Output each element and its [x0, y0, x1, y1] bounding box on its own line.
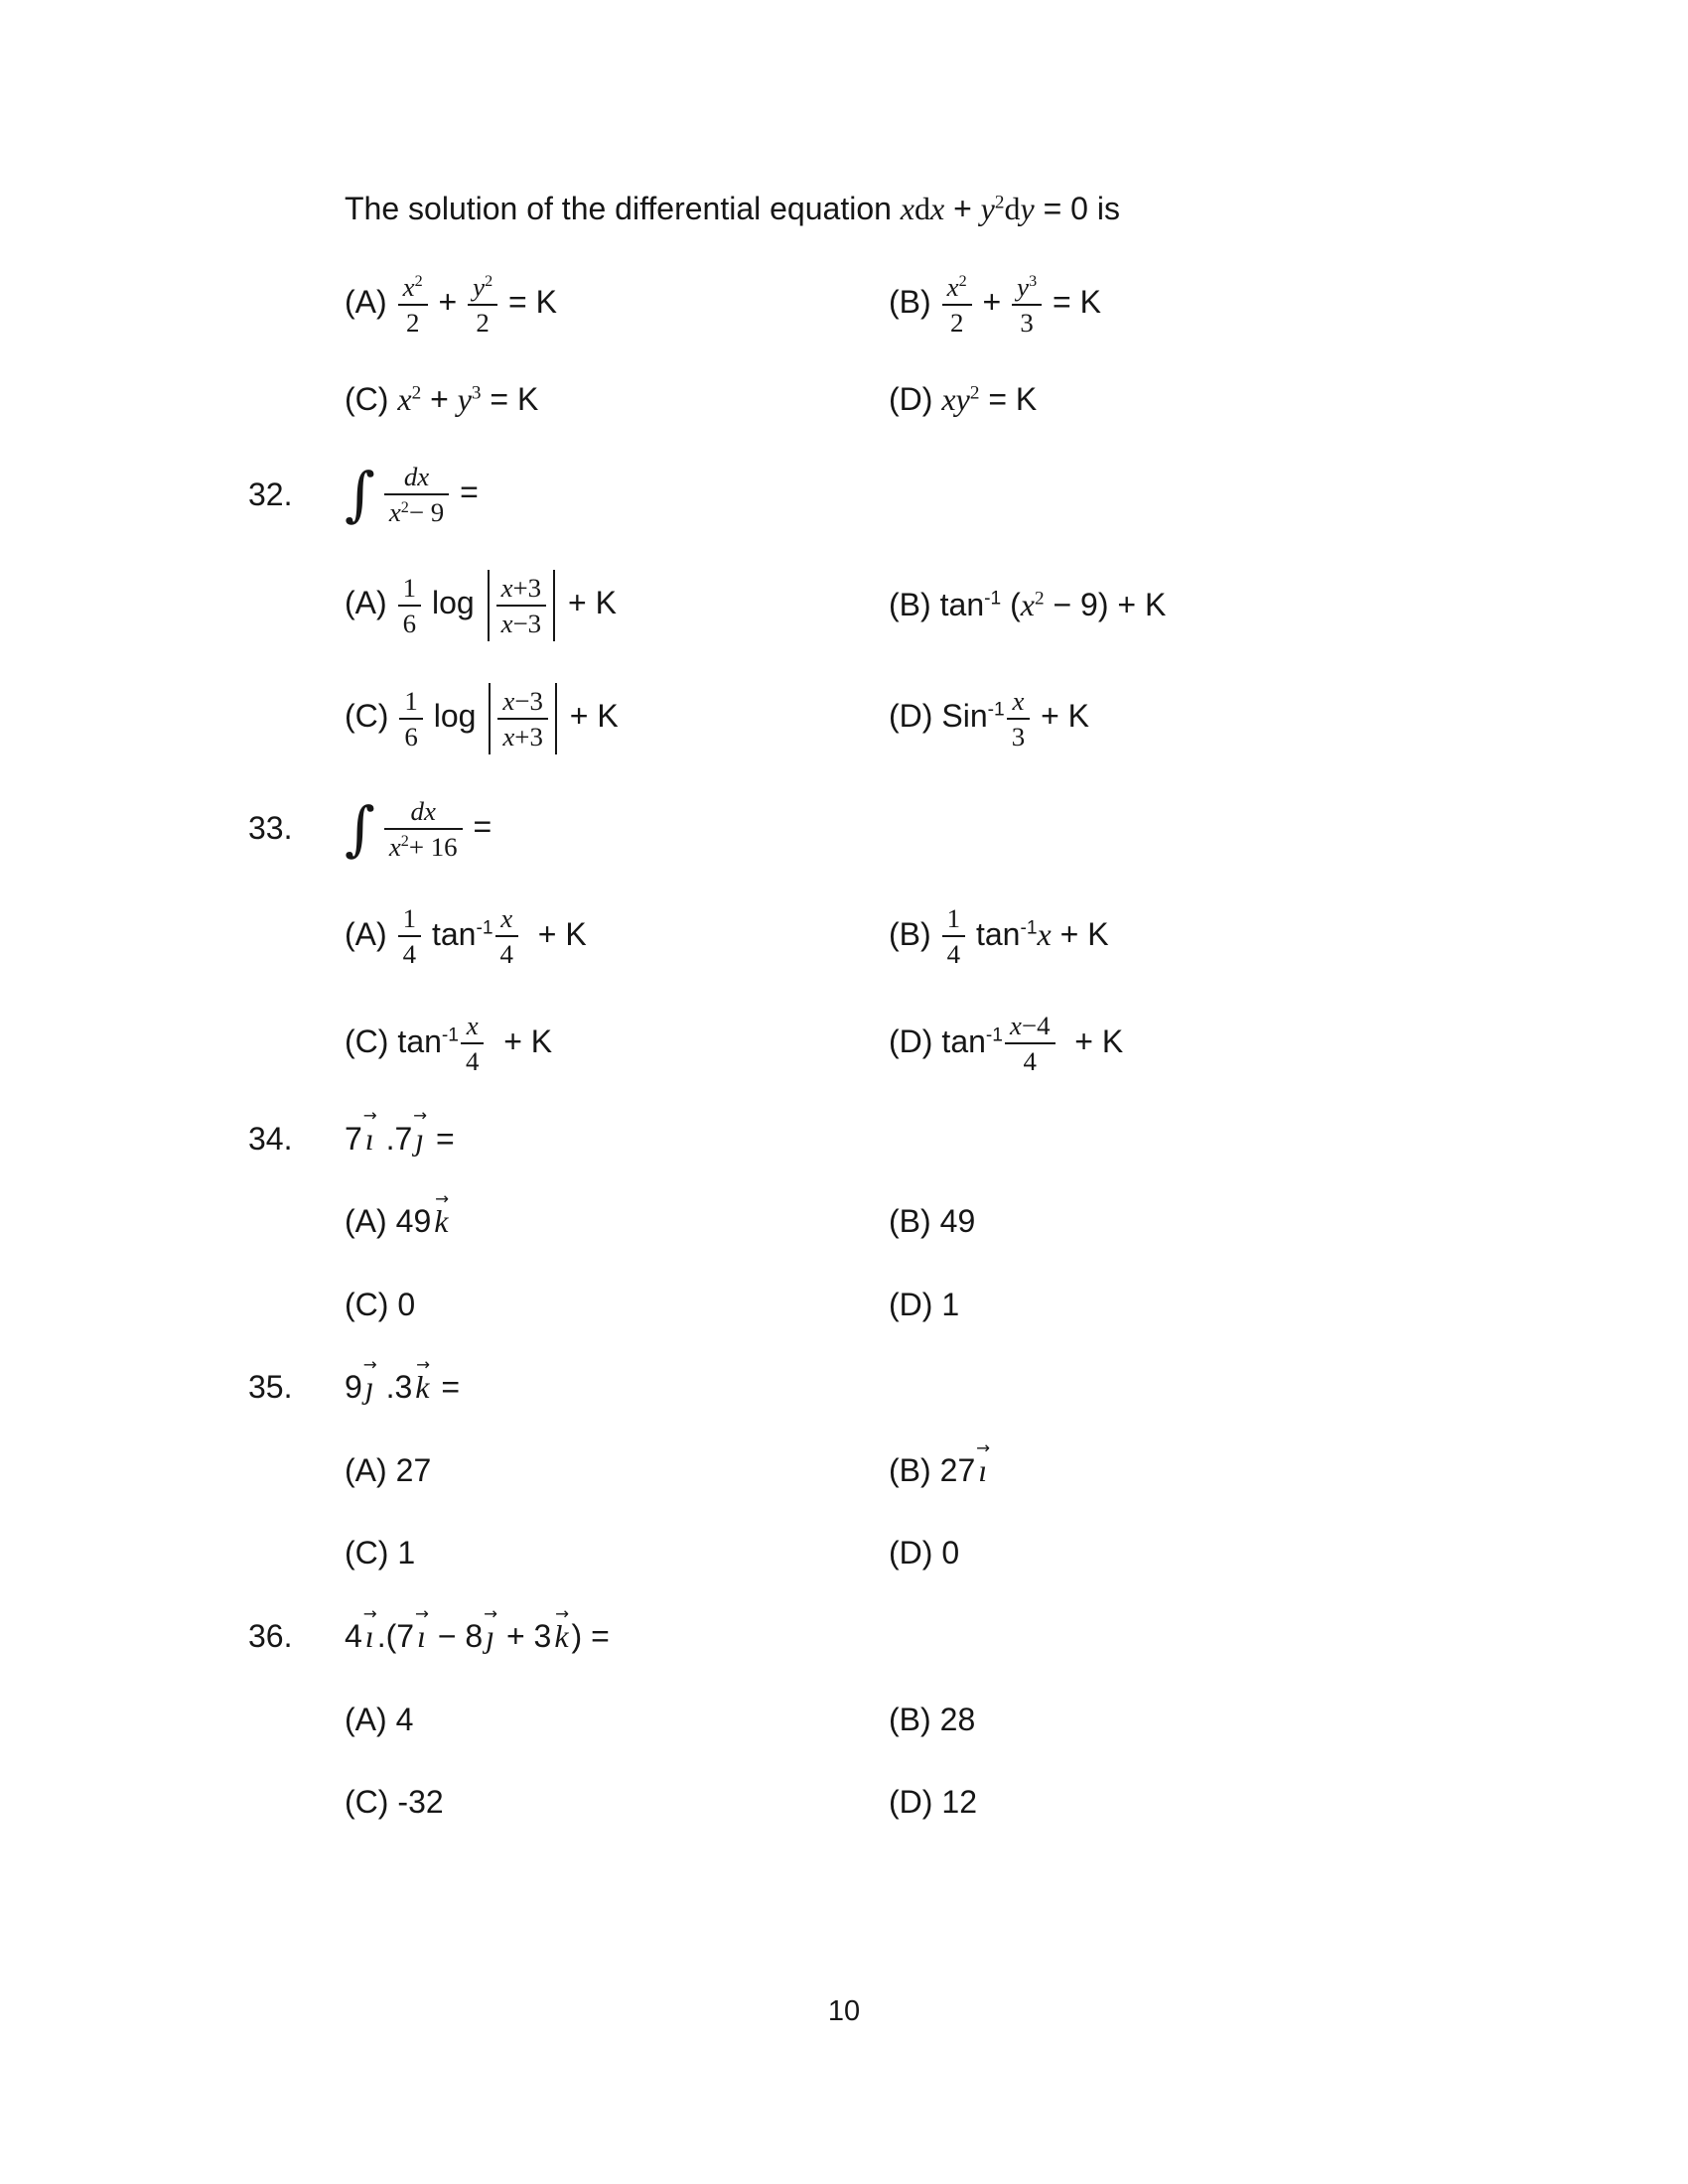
math-roman: 3: [1012, 722, 1025, 751]
math-superscript: -1: [986, 1024, 1003, 1045]
math-roman: 2: [1035, 588, 1045, 609]
math-text: 28: [940, 1702, 976, 1737]
question: 36.4→ı.(7→ı − 8→ȷ + 3→k) =(A)4(B)28(C)-3…: [0, 1616, 1688, 1824]
vector-arrow-icon: →: [484, 1606, 497, 1623]
fraction-numerator: x2: [942, 272, 972, 304]
math-superscript: -1: [476, 917, 492, 938]
option-label: (D): [889, 1024, 932, 1059]
option-label: (D): [889, 1535, 932, 1570]
math-roman: 1: [403, 903, 416, 933]
math-roman: 3: [1020, 308, 1033, 338]
options-grid: (A)27(B)27→ı(C)1(D)0: [345, 1450, 1688, 1574]
math-var: x: [502, 686, 514, 716]
math-var: x: [1010, 1011, 1022, 1040]
option-content: 27: [396, 1452, 432, 1488]
option-content: x22 + y33 = K: [940, 284, 1101, 320]
option-d: (D)xy2 = K: [889, 379, 1688, 421]
document-page: The solution of the differential equatio…: [0, 0, 1688, 2184]
question-prompt: 9→ȷ .3→k =: [345, 1367, 460, 1409]
math-fraction: x−44: [1005, 1011, 1055, 1076]
math-text: tan: [967, 916, 1020, 952]
math-text: log: [423, 585, 483, 620]
option-content: tan-1 (x2 − 9) + K: [940, 587, 1167, 622]
question-header: The solution of the differential equatio…: [248, 189, 1688, 230]
absolute-value-group: x+3x−3: [488, 570, 556, 641]
option-label: (B): [889, 1203, 931, 1239]
options-grid: (A)14 tan-1x4 + K(B)14 tan-1x + K(C)tan-…: [345, 903, 1688, 1076]
option-a: (A)27: [345, 1450, 889, 1492]
option-content: x22 + y22 = K: [396, 284, 557, 320]
vector-letter: ı: [365, 1618, 374, 1654]
math-roman: 4: [500, 939, 513, 969]
math-var: x: [930, 191, 944, 226]
option-content: 1: [397, 1535, 415, 1570]
math-text: +: [974, 284, 1010, 320]
option-label: (C): [345, 698, 388, 734]
option-content: 28: [940, 1702, 976, 1737]
math-text: = K: [481, 381, 538, 417]
question-prompt: 7→ı .7→ȷ =: [345, 1119, 455, 1160]
math-text: -1: [988, 700, 1005, 721]
math-fraction: x22: [942, 272, 972, 338]
option-content: x2 + y3 = K: [397, 381, 538, 417]
vector: →ȷ: [486, 1616, 494, 1658]
math-var: x: [947, 272, 959, 302]
math-text: tan: [941, 1024, 985, 1059]
math-roman: −3: [513, 609, 542, 638]
math-fraction: 14: [398, 903, 421, 969]
option-content: 49→k: [396, 1203, 452, 1239]
fraction-numerator: x+3: [496, 573, 547, 605]
question-prompt: 4→ı.(7→ı − 8→ȷ + 3→k) =: [345, 1616, 610, 1658]
fraction-numerator: x: [495, 903, 518, 935]
option-b: (B)14 tan-1x + K: [889, 903, 1688, 969]
math-fraction: x+3x−3: [496, 573, 547, 638]
math-text: .(7: [377, 1618, 414, 1654]
fraction-denominator: x2+ 16: [384, 828, 463, 862]
integral-sign: ∫: [345, 460, 375, 528]
math-text: + K: [1057, 1024, 1124, 1059]
math-superscript: 2: [1035, 588, 1045, 609]
option-label: (B): [889, 916, 931, 952]
math-var: x: [501, 609, 513, 638]
math-var: dx: [411, 796, 436, 826]
math-var: x: [500, 903, 512, 933]
fraction-numerator: y3: [1012, 272, 1042, 304]
math-superscript: 2: [401, 498, 409, 516]
math-var: y: [981, 191, 995, 226]
option-d: (D)Sin-1x3 + K: [889, 686, 1688, 751]
option-c: (C)x2 + y3 = K: [345, 379, 889, 421]
option-content: 16 log x−3x+3 + K: [397, 698, 618, 734]
math-text: tan: [397, 1024, 441, 1059]
fraction-numerator: 1: [398, 573, 421, 605]
options-grid: (A)16 log x+3x−3 + K(B)tan-1 (x2 − 9) + …: [345, 570, 1688, 754]
math-superscript: 2: [959, 272, 967, 290]
option-label: (B): [889, 284, 931, 320]
math-fraction: y33: [1012, 272, 1042, 338]
fraction-denominator: 6: [399, 718, 422, 751]
vector-arrow-icon: →: [363, 1606, 377, 1623]
option-label: (A): [345, 916, 387, 952]
fraction-numerator: 1: [398, 903, 421, 935]
math-roman: −3: [514, 686, 543, 716]
math-text: =: [427, 1121, 455, 1157]
fraction-numerator: 1: [942, 903, 965, 935]
vector-arrow-icon: →: [976, 1440, 990, 1457]
question-prompt: ∫dxx2− 9 =: [345, 462, 479, 527]
fraction-denominator: x2− 9: [384, 493, 449, 527]
fraction-denominator: 2: [942, 304, 972, 338]
question-number: 33.: [248, 808, 345, 850]
math-var: x: [501, 573, 513, 603]
math-superscript: -1: [984, 588, 1001, 609]
math-var: y: [458, 381, 472, 417]
math-var: x: [397, 381, 411, 417]
option-content: 0: [397, 1287, 415, 1322]
vector: →ȷ: [415, 1119, 424, 1160]
option-content: 16 log x+3x−3 + K: [396, 585, 617, 620]
option-content: 1: [941, 1287, 959, 1322]
math-text: tan: [940, 587, 984, 622]
math-text: +: [430, 284, 466, 320]
math-superscript: 2: [485, 272, 492, 290]
math-text: =: [465, 808, 492, 844]
math-text: + 3: [497, 1618, 551, 1654]
fraction-denominator: x+3: [497, 718, 548, 751]
math-text: = K: [979, 381, 1037, 417]
option-b: (B)tan-1 (x2 − 9) + K: [889, 585, 1688, 626]
math-roman: 2: [401, 833, 409, 850]
math-var: x: [389, 497, 401, 527]
fraction-denominator: 2: [398, 304, 428, 338]
options-grid: (A)49→k(B)49(C)0(D)1: [345, 1201, 1688, 1325]
option-c: (C)tan-1x4 + K: [345, 1011, 889, 1076]
math-fraction: y22: [468, 272, 497, 338]
math-roman: 3: [1029, 273, 1037, 290]
option-label: (C): [345, 1784, 388, 1820]
math-text: +: [421, 381, 457, 417]
math-text: Sin: [941, 698, 987, 734]
math-roman: 2: [406, 308, 419, 338]
vector-letter: k: [415, 1369, 429, 1405]
math-roman: 4: [466, 1046, 479, 1076]
vector-letter: ȷ: [415, 1121, 424, 1157]
fraction-denominator: 3: [1012, 304, 1042, 338]
math-var: y: [1020, 191, 1034, 226]
math-text: 0: [397, 1287, 415, 1322]
math-roman: 2: [401, 499, 409, 516]
math-fraction: x4: [461, 1011, 484, 1076]
math-text: 4: [396, 1702, 414, 1737]
absolute-value-group: x−3x+3: [489, 683, 557, 754]
math-roman: 2: [412, 382, 422, 403]
math-text: 12: [941, 1784, 977, 1820]
vector-letter: ı: [365, 1121, 374, 1157]
math-var: x: [467, 1011, 479, 1040]
math-text: + K: [1032, 698, 1089, 734]
question-number: 32.: [248, 475, 345, 516]
math-fraction: x4: [495, 903, 518, 969]
math-text: + K: [520, 916, 587, 952]
vector-letter: k: [434, 1203, 448, 1239]
math-roman: 2: [970, 382, 980, 403]
math-roman: 2: [950, 308, 963, 338]
math-text: .7: [377, 1121, 413, 1157]
math-text: +: [944, 191, 980, 226]
fraction-numerator: y2: [468, 272, 497, 304]
math-roman: 1: [404, 686, 417, 716]
math-text: 27: [396, 1452, 432, 1488]
math-text: =: [451, 475, 479, 510]
option-label: (C): [345, 381, 388, 417]
option-label: (D): [889, 698, 932, 734]
option-d: (D)0: [889, 1533, 1688, 1574]
math-superscript: 2: [401, 832, 409, 850]
option-b: (B)27→ı: [889, 1450, 1688, 1492]
fraction-numerator: x2: [398, 272, 428, 304]
math-text: 27: [940, 1452, 976, 1488]
option-d: (D)1: [889, 1285, 1688, 1326]
math-roman: 1: [947, 903, 960, 933]
option-a: (A)49→k: [345, 1201, 889, 1243]
option-label: (B): [889, 1452, 931, 1488]
math-var: x: [1021, 587, 1035, 622]
math-superscript: 2: [415, 272, 423, 290]
question: 32.∫dxx2− 9 =(A)16 log x+3x−3 + K(B)tan-…: [0, 462, 1688, 754]
math-text: + K: [559, 585, 617, 620]
options-grid: (A)x22 + y22 = K(B)x22 + y33 = K(C)x2 + …: [345, 272, 1688, 421]
option-content: Sin-1x3 + K: [941, 698, 1089, 734]
math-roman: −4: [1022, 1011, 1051, 1040]
math-roman: 6: [404, 722, 417, 751]
math-superscript: 2: [970, 382, 980, 403]
math-text: = K: [1044, 284, 1101, 320]
math-var: x: [901, 191, 914, 226]
math-roman: 4: [403, 939, 416, 969]
option-d: (D)12: [889, 1782, 1688, 1824]
option-label: (B): [889, 1702, 931, 1737]
question: 34.7→ı .7→ȷ =(A)49→k(B)49(C)0(D)1: [0, 1119, 1688, 1326]
math-var: x: [403, 272, 415, 302]
math-text: 49: [940, 1203, 976, 1239]
option-c: (C)1: [345, 1533, 889, 1574]
math-text: + K: [1052, 916, 1109, 952]
question-header: 33.∫dxx2+ 16 =: [248, 796, 1688, 862]
math-text: ) =: [572, 1618, 610, 1654]
math-text: log: [425, 698, 485, 734]
math-fraction: 16: [399, 686, 422, 751]
math-text: − 9) + K: [1045, 587, 1167, 622]
option-content: 14 tan-1x4 + K: [396, 916, 587, 952]
question-number: 35.: [248, 1367, 345, 1409]
fraction-numerator: x−4: [1005, 1011, 1055, 1042]
vector: →ı: [978, 1450, 987, 1492]
math-superscript: 2: [412, 382, 422, 403]
option-label: (D): [889, 381, 932, 417]
math-fraction: x3: [1007, 686, 1030, 751]
math-roman: 2: [959, 273, 967, 290]
math-roman: 2: [485, 273, 492, 290]
fraction-numerator: x: [461, 1011, 484, 1042]
option-b: (B)49: [889, 1201, 1688, 1243]
option-a: (A)x22 + y22 = K: [345, 272, 889, 338]
question-prompt: The solution of the differential equatio…: [345, 189, 1120, 230]
option-c: (C)0: [345, 1285, 889, 1326]
option-label: (C): [345, 1024, 388, 1059]
math-text: (: [1001, 587, 1021, 622]
math-fraction: dxx2+ 16: [384, 796, 463, 862]
math-var: x: [1012, 686, 1024, 716]
page-number: 10: [0, 1993, 1688, 2031]
math-superscript: -1: [1020, 917, 1037, 938]
option-content: tan-1x4 + K: [397, 1024, 552, 1059]
math-text: tan: [423, 916, 476, 952]
option-content: 12: [941, 1784, 977, 1820]
math-text: + K: [561, 698, 619, 734]
vector-arrow-icon: →: [555, 1606, 569, 1623]
math-text: The solution of the differential equatio…: [345, 191, 901, 226]
option-content: tan-1x−44 + K: [941, 1024, 1123, 1059]
math-text: − 8: [429, 1618, 483, 1654]
math-var: x: [1038, 916, 1052, 952]
vector-arrow-icon: →: [416, 1357, 430, 1374]
math-roman: +3: [513, 573, 542, 603]
vector-arrow-icon: →: [363, 1108, 377, 1125]
vector: →k: [554, 1616, 568, 1658]
option-a: (A)4: [345, 1700, 889, 1741]
fraction-denominator: 3: [1007, 718, 1030, 751]
math-roman: − 9: [409, 497, 444, 527]
math-roman: 4: [1024, 1046, 1037, 1076]
math-var: dx: [404, 462, 429, 491]
option-a: (A)14 tan-1x4 + K: [345, 903, 889, 969]
option-content: 49: [940, 1203, 976, 1239]
math-roman: 2: [415, 273, 423, 290]
fraction-denominator: 4: [1005, 1042, 1055, 1076]
fraction-numerator: dx: [384, 796, 463, 828]
fraction-numerator: x−3: [497, 686, 548, 718]
option-content: -32: [397, 1784, 443, 1820]
option-b: (B)x22 + y33 = K: [889, 272, 1688, 338]
math-var: xy: [941, 381, 969, 417]
math-text: -1: [1020, 917, 1037, 938]
math-fraction: x−3x+3: [497, 686, 548, 751]
math-text: 4: [345, 1618, 362, 1654]
option-label: (D): [889, 1287, 932, 1322]
vector-arrow-icon: →: [415, 1606, 429, 1623]
fraction-denominator: 2: [468, 304, 497, 338]
question: 33.∫dxx2+ 16 =(A)14 tan-1x4 + K(B)14 tan…: [0, 796, 1688, 1077]
math-text: -1: [986, 1024, 1003, 1045]
math-roman: 1: [403, 573, 416, 603]
vector-letter: ı: [417, 1618, 426, 1654]
vector-letter: k: [554, 1618, 568, 1654]
integral-sign: ∫: [345, 794, 375, 863]
math-roman: 6: [403, 609, 416, 638]
vector-arrow-icon: →: [435, 1191, 449, 1208]
question-header: 32.∫dxx2− 9 =: [248, 462, 1688, 527]
option-label: (D): [889, 1784, 932, 1820]
fraction-denominator: 4: [942, 935, 965, 969]
math-fraction: dxx2− 9: [384, 462, 449, 527]
vector-letter: ȷ: [365, 1369, 374, 1405]
option-content: 27→ı: [940, 1452, 990, 1488]
math-text: =: [432, 1369, 460, 1405]
options-grid: (A)4(B)28(C)-32(D)12: [345, 1700, 1688, 1824]
math-roman: d: [914, 191, 930, 226]
vector: →ı: [365, 1616, 374, 1658]
option-label: (C): [345, 1287, 388, 1322]
math-var: x: [389, 832, 401, 862]
question-number: 34.: [248, 1119, 345, 1160]
option-label: (A): [345, 1203, 387, 1239]
fraction-numerator: dx: [384, 462, 449, 493]
math-roman: 4: [947, 939, 960, 969]
math-superscript: -1: [988, 700, 1005, 721]
math-text: -1: [442, 1024, 459, 1045]
vector: →k: [415, 1367, 429, 1409]
fraction-denominator: 4: [461, 1042, 484, 1076]
math-text: 1: [397, 1535, 415, 1570]
question: 35.9→ȷ .3→k =(A)27(B)27→ı(C)1(D)0: [0, 1367, 1688, 1574]
vector-arrow-icon: →: [363, 1357, 377, 1374]
math-text: -32: [397, 1784, 443, 1820]
math-text: 0: [941, 1535, 959, 1570]
option-label: (A): [345, 1702, 387, 1737]
math-text: -1: [476, 917, 492, 938]
math-roman: d: [1004, 191, 1020, 226]
math-roman: + 16: [409, 832, 458, 862]
math-text: = K: [499, 284, 557, 320]
fraction-denominator: 6: [398, 605, 421, 638]
question-header: 35.9→ȷ .3→k =: [248, 1367, 1688, 1409]
question-prompt: ∫dxx2+ 16 =: [345, 796, 492, 862]
math-text: -1: [984, 588, 1001, 609]
option-b: (B)28: [889, 1700, 1688, 1741]
math-var: y: [1017, 272, 1029, 302]
math-text: .3: [377, 1369, 413, 1405]
math-text: 9: [345, 1369, 362, 1405]
question-number: 36.: [248, 1616, 345, 1658]
option-a: (A)16 log x+3x−3 + K: [345, 570, 889, 641]
math-text: 49: [396, 1203, 432, 1239]
option-content: 4: [396, 1702, 414, 1737]
option-label: (A): [345, 1452, 387, 1488]
question-header: 34.7→ı .7→ȷ =: [248, 1119, 1688, 1160]
fraction-numerator: x: [1007, 686, 1030, 718]
vector-letter: ı: [978, 1452, 987, 1488]
vector: →k: [434, 1201, 448, 1243]
question: The solution of the differential equatio…: [0, 189, 1688, 420]
math-var: x: [502, 722, 514, 751]
vector: →ı: [365, 1119, 374, 1160]
option-label: (C): [345, 1535, 388, 1570]
option-content: 0: [941, 1535, 959, 1570]
option-content: xy2 = K: [941, 381, 1037, 417]
option-c: (C)16 log x−3x+3 + K: [345, 683, 889, 754]
vector: →ȷ: [365, 1367, 374, 1409]
fraction-denominator: 4: [398, 935, 421, 969]
question-header: 36.4→ı.(7→ı − 8→ȷ + 3→k) =: [248, 1616, 1688, 1658]
option-label: (A): [345, 284, 387, 320]
option-label: (B): [889, 587, 931, 622]
questions-container: The solution of the differential equatio…: [0, 0, 1688, 1824]
math-text: 7: [345, 1121, 362, 1157]
math-fraction: 16: [398, 573, 421, 638]
math-fraction: x22: [398, 272, 428, 338]
fraction-denominator: 4: [495, 935, 518, 969]
